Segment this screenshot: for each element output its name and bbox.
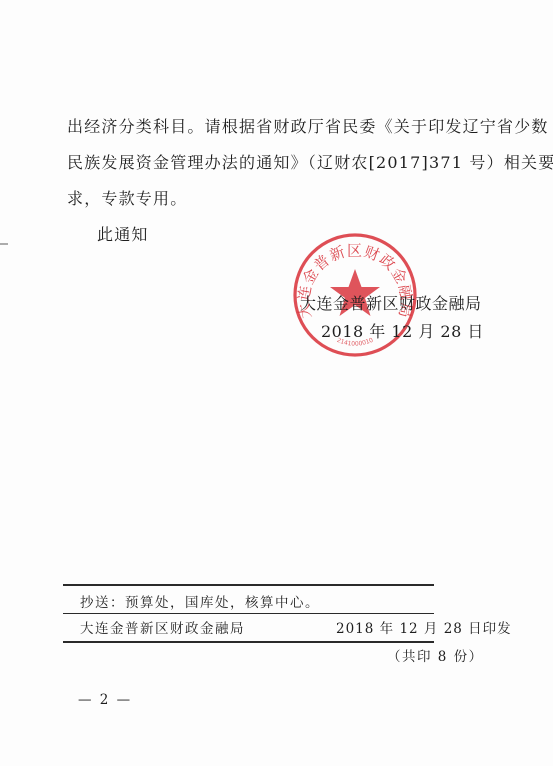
signature-organization: 大连金普新区财政金融局 <box>300 294 482 314</box>
scan-edge-mark <box>0 243 8 245</box>
cc-label: 抄送： <box>80 595 125 611</box>
issuer: 大连金普新区财政金融局 <box>80 620 245 638</box>
document-page: 出经济分类科目。请根据省财政厅省民委《关于印发辽宁省少数 民族发展资金管理办法的… <box>0 0 553 766</box>
issue-date: 2018 年 12 月 28 日印发 <box>336 620 512 638</box>
cc-line: 抄送：预算处，国库处，核算中心。 <box>80 594 320 612</box>
footer-top-rule <box>63 584 434 586</box>
closing-text: 此通知 <box>97 225 149 245</box>
body-paragraph-line-2: 民族发展资金管理办法的通知》（辽财农[2017]371 号）相关要 <box>67 153 553 173</box>
footer-middle-rule <box>63 613 434 614</box>
page-number: — 2 — <box>78 691 132 709</box>
body-paragraph-line-3: 求，专款专用。 <box>67 189 187 209</box>
signature-date: 2018 年 12 月 28 日 <box>321 322 484 342</box>
body-paragraph-line-1: 出经济分类科目。请根据省财政厅省民委《关于印发辽宁省少数 <box>67 117 549 137</box>
cc-recipients: 预算处，国库处，核算中心。 <box>125 595 320 611</box>
copies-count: （共印 8 份） <box>387 648 484 666</box>
footer-bottom-rule <box>63 641 434 643</box>
